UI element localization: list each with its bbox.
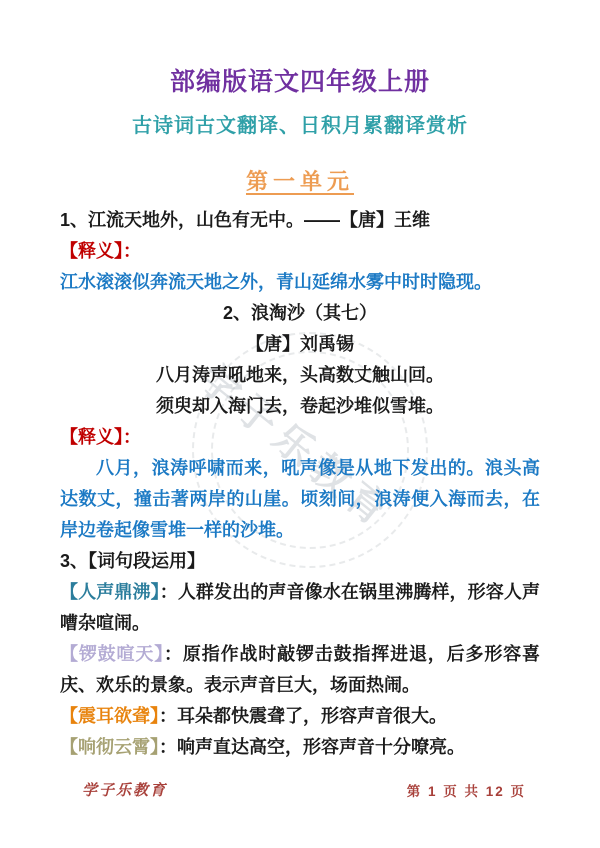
poem-translation: 八月，浪涛呼啸而来，吼声像是从地下发出的。浪头高达数丈，撞击著两岸的山崖。顷刻间… (60, 453, 540, 546)
usage-definition-4: ：响声直达高空，形容声音十分嘹亮。 (159, 737, 465, 757)
usage-term-3: 【震耳欲聋】 (60, 706, 159, 726)
usage-term-2: 【锣鼓喧天】 (60, 644, 164, 664)
usage-term-4: 【响彻云霄】 (60, 737, 159, 757)
poem-shiyi-label: 【释义】： (60, 422, 540, 453)
poem-verse-1: 八月涛声吼地来，头高数丈触山回。 (60, 360, 540, 391)
usage-term-row: 【响彻云霄】：响声直达高空，形容声音十分嘹亮。 (60, 732, 540, 763)
document-body: 1、江流天地外，山色有无中。——【唐】王维 【释义】： 江水滚滚似奔流天地之外，… (0, 196, 600, 763)
page-title: 部编版语文四年级上册 (0, 62, 600, 98)
item1-shiyi-label: 【释义】： (60, 236, 540, 267)
document-header: 部编版语文四年级上册 古诗词古文翻译、日积月累翻译赏析 (0, 0, 600, 138)
usage-term-1: 【人声鼎沸】 (60, 582, 160, 602)
page-subtitle: 古诗词古文翻译、日积月累翻译赏析 (0, 109, 600, 138)
poem-verse-2: 须臾却入海门去，卷起沙堆似雪堆。 (60, 391, 540, 422)
section-heading-text: 第一单元 (246, 169, 354, 194)
footer-page-number: 第 1 页 共 12 页 (407, 780, 526, 800)
item1-translation: 江水滚滚似奔流天地之外，青山延绵水雾中时时隐现。 (60, 267, 540, 298)
poem-author: 【唐】刘禹锡 (60, 329, 540, 360)
poem-title: 2、浪淘沙（其七） (60, 298, 540, 329)
usage-term-row: 【锣鼓喧天】：原指作战时敲锣击鼓指挥进退，后多形容喜庆、欢乐的景象。表示声音巨大… (60, 639, 540, 701)
usage-term-row: 【震耳欲聋】：耳朵都快震聋了，形容声音很大。 (60, 701, 540, 732)
section-heading: 第一单元 (0, 165, 600, 196)
footer-brand: 学子乐教育 (82, 779, 167, 800)
document-page: 学子乐教育 部编版语文四年级上册 古诗词古文翻译、日积月累翻译赏析 第一单元 1… (0, 0, 600, 848)
usage-definition-3: ：耳朵都快震聋了，形容声音很大。 (159, 706, 447, 726)
document-content: 部编版语文四年级上册 古诗词古文翻译、日积月累翻译赏析 第一单元 1、江流天地外… (0, 0, 600, 763)
document-footer: 学子乐教育 第 1 页 共 12 页 (0, 779, 600, 800)
usage-heading: 3、【词句段运用】 (60, 546, 540, 577)
usage-term-row: 【人声鼎沸】：人群发出的声音像水在锅里沸腾样，形容人声嘈杂喧闹。 (60, 577, 540, 639)
item1-quote-line: 1、江流天地外，山色有无中。——【唐】王维 (60, 205, 540, 236)
